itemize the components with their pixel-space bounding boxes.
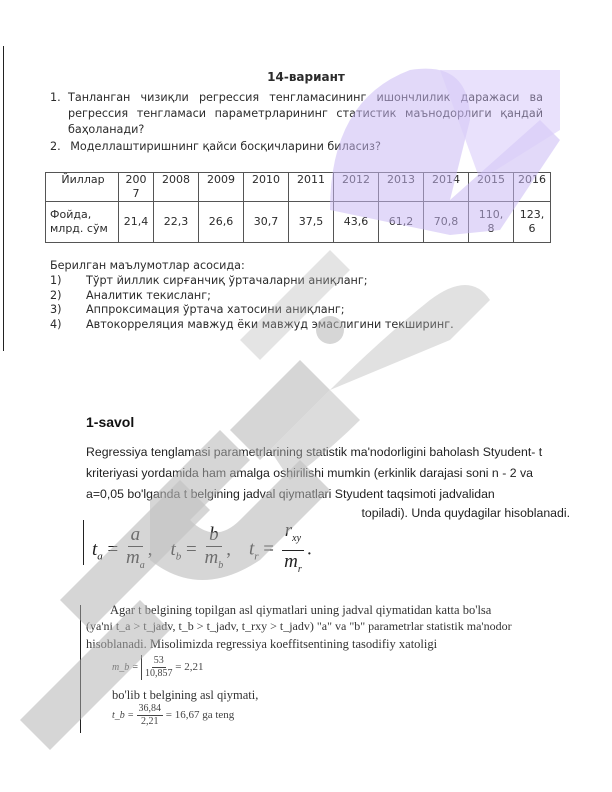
tb-formula: t_b = 36,842,21 = 16,67 ga teng	[112, 703, 234, 728]
serif-line: Agar t belgining topilgan asl qiymatlari…	[110, 603, 491, 618]
table-row-years: Йиллар 200 72008200920102011201220132014…	[46, 173, 551, 202]
task-item: 4)Автокорреляция мавжуд ёки мавжуд эмасл…	[50, 318, 454, 332]
task-number: 2)	[50, 289, 86, 303]
task-text: Тўрт йиллик сирғанчиқ ўртачаларни аниқла…	[86, 274, 368, 287]
formula-item: tb = bmb,	[170, 524, 230, 577]
task-number: 4)	[50, 318, 86, 332]
question-number: 2.	[50, 140, 61, 153]
table-row-profit: Фойда, млрд. сўм 21,422,326,630,737,543,…	[46, 202, 551, 243]
given-intro: Берилган маълумотлар асосида:	[50, 259, 245, 273]
table-cell-year: 2008	[154, 173, 199, 202]
task-item: 2)Аналитик текисланг;	[50, 289, 211, 303]
task-item: 3)Аппроксимация ўртача хатосини аниқланг…	[50, 303, 345, 317]
table-cell-value: 21,4	[119, 202, 154, 243]
table-cell-value: 37,5	[289, 202, 334, 243]
table-cell-value: 61,2	[379, 202, 424, 243]
task-text: Автокорреляция мавжуд ёки мавжуд эмаслиг…	[86, 318, 454, 331]
paragraph-line: a=0,05 bo'lganda t belgining jadval qiym…	[86, 484, 572, 504]
table-cell-year: 200 7	[119, 173, 154, 202]
paragraph-line: kriteriyasi yordamida ham amalga oshiril…	[86, 463, 572, 483]
question-1: 1. Танланган чизиқли регрессия тенгламас…	[50, 90, 543, 138]
task-number: 3)	[50, 303, 86, 317]
table-cell-year: 2009	[199, 173, 244, 202]
table-cell-value: 70,8	[424, 202, 469, 243]
paragraph-line: Regressiya tenglamasi parametrlarining s…	[86, 442, 572, 462]
table-cell-value: 43,6	[334, 202, 379, 243]
task-text: Аналитик текисланг;	[86, 289, 211, 302]
task-number: 1)	[50, 274, 86, 288]
question-text: Танланган чизиқли регрессия тенгламасини…	[68, 90, 543, 138]
profit-table: Йиллар 200 72008200920102011201220132014…	[45, 172, 551, 243]
table-cell-value: 30,7	[244, 202, 289, 243]
table-cell-year: 2014	[424, 173, 469, 202]
task-item: 1)Тўрт йиллик сирғанчиқ ўртачаларни аниқ…	[50, 274, 368, 288]
table-cell-year: 2011	[289, 173, 334, 202]
serif-line: bo'lib t belgining asl qiymati,	[112, 688, 258, 703]
table-cell-year: 2010	[244, 173, 289, 202]
table-cell-value: 110, 8	[469, 202, 514, 243]
formula-left-border	[83, 520, 84, 565]
question-2: 2. Моделлаштиришнинг қайси босқичларини …	[50, 139, 381, 155]
table-cell-year: 2013	[379, 173, 424, 202]
table-cell-year: 2012	[334, 173, 379, 202]
formula-item: tr = rxymr.	[249, 520, 312, 581]
variant-title: 14-вариант	[0, 70, 612, 84]
question-text: Моделлаштиришнинг қайси босқичларини бил…	[70, 140, 381, 153]
serif-line: hisoblanadi. Misolimizda regressiya koef…	[86, 637, 437, 652]
table-cell-year: 2016	[514, 173, 551, 202]
serif-line: (ya'ni t_a > t_jadv, t_b > t_jadv, t_rxy…	[86, 619, 578, 634]
mb-formula: m_b = 5310,857 = 2,21	[112, 655, 203, 680]
table-header-profit: Фойда, млрд. сўм	[46, 202, 119, 243]
serif-block-left-border	[80, 605, 81, 733]
t-statistics-formulas: ta = ama,tb = bmb,tr = rxymr.	[92, 520, 330, 581]
question-number: 1.	[50, 90, 61, 106]
table-cell-value: 26,6	[199, 202, 244, 243]
scan-left-border	[3, 46, 4, 351]
table-cell-value: 22,3	[154, 202, 199, 243]
task-text: Аппроксимация ўртача хатосини аниқланг;	[86, 303, 345, 316]
answer-heading: 1-savol	[86, 414, 134, 430]
table-header-years: Йиллар	[46, 173, 119, 202]
formula-item: ta = ama,	[92, 524, 152, 577]
table-cell-value: 123, 6	[514, 202, 551, 243]
table-cell-year: 2015	[469, 173, 514, 202]
